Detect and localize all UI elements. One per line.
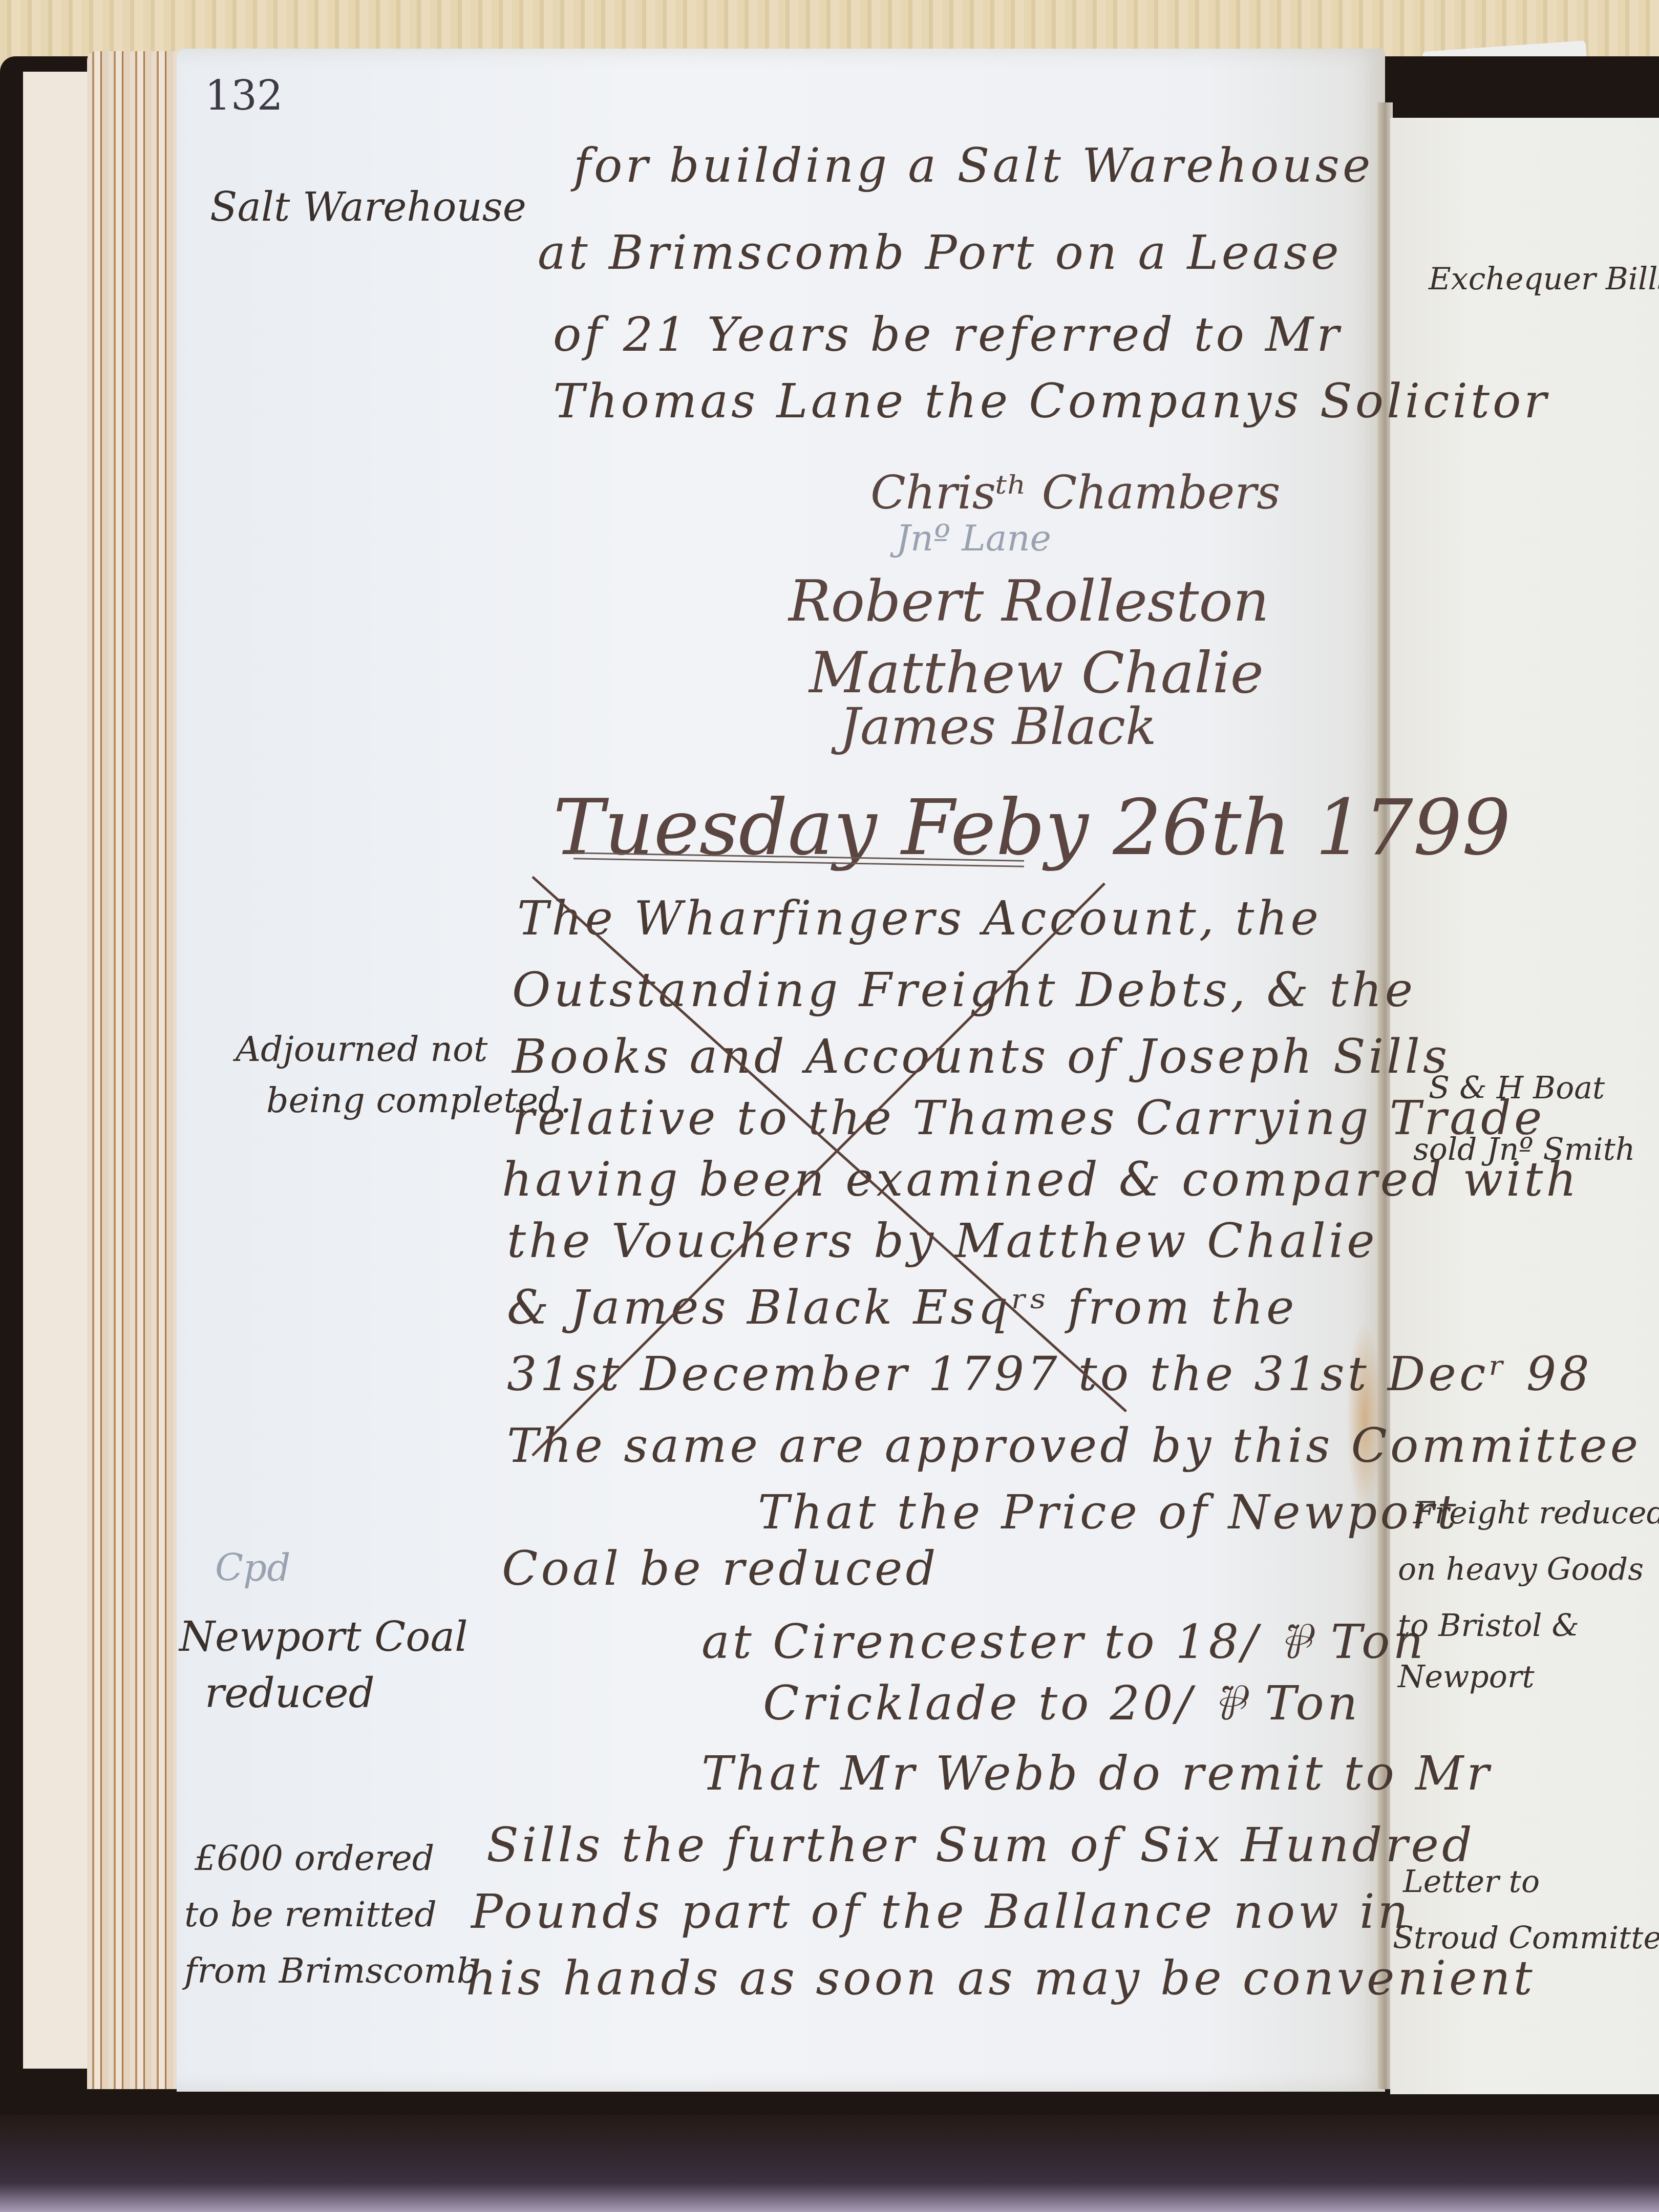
crossed-entry-line: Books and Accounts of Joseph Sills: [512, 1029, 1450, 1084]
resolution-line: That the Price of Newport: [758, 1485, 1459, 1540]
right-note-letter: Letter to: [1403, 1864, 1540, 1900]
entry-line: at Brimscomb Port on a Lease: [538, 225, 1342, 280]
entry-line: for building a Salt Warehouse: [573, 138, 1373, 193]
signature: Robert Rolleston: [789, 568, 1269, 634]
page-number: 132: [205, 72, 283, 119]
right-note-freight: on heavy Goods: [1398, 1551, 1644, 1587]
page-edges: [87, 51, 189, 2089]
right-note-exchequer: Exchequer Bills: [1429, 261, 1659, 297]
margin-pencil-mark: Cpd: [215, 1546, 290, 1589]
underlying-page: [23, 72, 91, 2069]
crossed-entry-line: The same are approved by this Committee: [507, 1418, 1641, 1473]
signature: Chrisᵗʰ Chambers: [870, 466, 1280, 520]
resolution-line: That Mr Webb do remit to Mr: [701, 1746, 1492, 1801]
crossed-entry-line: & James Black Esqʳˢ from the: [507, 1280, 1297, 1335]
crossed-entry-line: the Vouchers by Matthew Chalie: [507, 1214, 1378, 1268]
margin-note-newport-coal: reduced: [205, 1669, 375, 1717]
right-note-boat: S & H Boat: [1429, 1070, 1605, 1106]
margin-note-salt-warehouse: Salt Warehouse: [210, 184, 526, 230]
coal-price-line: Cricklade to 20/ ⅌ Ton: [763, 1669, 1360, 1733]
coal-price-line: at Cirencester to 18/ ⅌ Ton: [701, 1608, 1427, 1672]
crossed-entry-line: 31st December 1797 to the 31st Decʳ 98: [507, 1347, 1592, 1401]
entry-line: of 21 Years be referred to Mr: [553, 307, 1342, 362]
right-note-letter: Stroud Committee: [1393, 1920, 1659, 1956]
right-note-freight: Newport: [1398, 1659, 1535, 1695]
signature: James Black: [840, 696, 1157, 756]
resolution-line: his hands as soon as may be convenient: [466, 1951, 1536, 2006]
resolution-line: Sills the further Sum of Six Hundred: [486, 1818, 1475, 1873]
margin-note-remittance: to be remitted: [184, 1895, 437, 1935]
right-note-boat: sold Jnº Smith: [1413, 1132, 1635, 1167]
entry-line: Thomas Lane the Companys Solicitor: [553, 374, 1549, 429]
right-note-freight: Freight reduced: [1413, 1495, 1659, 1531]
crossed-entry-line: Outstanding Freight Debts, & the: [512, 963, 1416, 1017]
margin-note-newport-coal: Newport Coal: [179, 1613, 468, 1661]
resolution-line: Coal be reduced: [502, 1541, 939, 1596]
crossed-entry-line: relative to the Thames Carrying Trade: [512, 1091, 1545, 1145]
cover-bottom-edge: [0, 2115, 1659, 2212]
resolution-line: Pounds part of the Ballance now in: [471, 1884, 1411, 1939]
right-note-freight: to Bristol &: [1398, 1608, 1579, 1644]
signature: Matthew Chalie: [809, 640, 1264, 706]
crossed-entry-line: The Wharfingers Account, the: [517, 891, 1322, 946]
margin-note-remittance: £600 ordered: [195, 1838, 434, 1879]
margin-note-remittance: from Brimscomb: [184, 1951, 479, 1991]
margin-note-adjourned: Adjourned not: [236, 1029, 487, 1070]
signature: Jnº Lane: [896, 517, 1051, 559]
